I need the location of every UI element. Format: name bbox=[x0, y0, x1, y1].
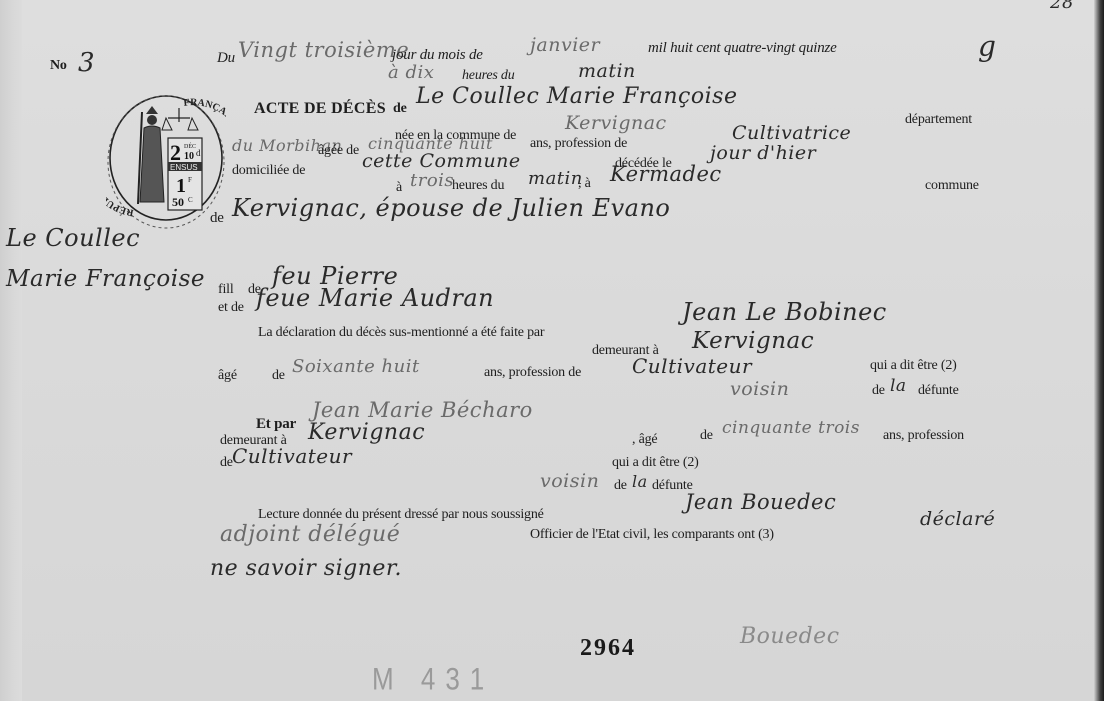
margin-name-given: Marie Françoise bbox=[6, 266, 205, 292]
reading-text: Lecture donnée du présent dressé par nou… bbox=[258, 507, 544, 523]
domicile: cette Commune bbox=[362, 150, 521, 172]
age-suffix: ans, profession de bbox=[530, 136, 627, 152]
document-title: ACTE DE DÉCÈS bbox=[254, 100, 386, 118]
page-binding-edge bbox=[1094, 0, 1104, 701]
header-time-of-day: matin bbox=[578, 60, 636, 82]
declarant1-relation-de: de bbox=[872, 383, 885, 399]
death-place-prefix: , à bbox=[578, 176, 591, 192]
declarant2-profession-de: de bbox=[220, 455, 233, 471]
birth-commune: Kervignac bbox=[565, 112, 667, 134]
daughter-of-label: fill bbox=[218, 282, 234, 298]
declarant2-relation-de: de bbox=[614, 478, 627, 494]
header-prefix: Du bbox=[217, 50, 235, 67]
document-page: 28 g No 3 Du Vingt troisième jour du moi… bbox=[0, 0, 1104, 701]
declarant2-age: cinquante trois bbox=[722, 418, 860, 438]
declarant2-age-de: de bbox=[700, 428, 713, 444]
declarant2-residence: Kervignac bbox=[308, 420, 425, 445]
officer-label: Officier de l'Etat civil, les comparants… bbox=[530, 527, 774, 543]
age-label: âgée de bbox=[318, 143, 359, 159]
header-day: Vingt troisième bbox=[238, 38, 409, 62]
declarant2-profession: Cultivateur bbox=[232, 444, 352, 468]
declarant1-relation-label: qui a dit être (2) bbox=[870, 358, 957, 374]
margin-name-surname: Le Coullec bbox=[6, 224, 140, 252]
death-day: jour d'hier bbox=[710, 142, 816, 164]
declarant1-age: Soixante huit bbox=[292, 356, 420, 377]
signature-note: ne savoir signer. bbox=[210, 556, 402, 581]
commune-label: commune bbox=[925, 178, 979, 194]
declaration-intro: La déclaration du décès sus-mentionné a … bbox=[258, 325, 544, 341]
officer-name: Jean Bouedec bbox=[685, 490, 836, 514]
header-year: mil huit cent quatre-vingt quinze bbox=[648, 40, 837, 57]
declarant1-age-label: âgé bbox=[218, 368, 237, 384]
commune-spouse: Kervignac, épouse de Julien Evano bbox=[232, 194, 670, 222]
header-month: janvier bbox=[530, 34, 600, 56]
svg-text:d: d bbox=[196, 148, 201, 158]
footer-signature: Bouedec bbox=[740, 624, 840, 649]
declarant2-relation-label: qui a dit être (2) bbox=[612, 455, 699, 471]
deceased-name: Le Coullec Marie Françoise bbox=[416, 84, 737, 109]
svg-text:ENSUS: ENSUS bbox=[170, 163, 198, 172]
title-de: de bbox=[393, 101, 407, 117]
declarant2-name: Jean Marie Bécharo bbox=[312, 398, 533, 422]
margin-mark: g bbox=[978, 30, 996, 63]
declarant2-relation: voisin bbox=[540, 470, 599, 492]
declared-hand: déclaré bbox=[920, 508, 995, 530]
domicile-label: domiciliée de bbox=[232, 163, 305, 179]
declarant1-relation-post: défunte bbox=[918, 383, 959, 399]
death-hour: trois bbox=[410, 170, 454, 191]
svg-text:DÉC: DÉC bbox=[184, 142, 196, 150]
declarant1-residence: Kervignac bbox=[692, 328, 814, 354]
svg-text:F: F bbox=[188, 176, 192, 184]
departement-label: département bbox=[905, 112, 972, 128]
declarant2-age-label: , âgé bbox=[632, 432, 657, 448]
archive-stamp: M 431 bbox=[372, 661, 494, 698]
header-hour-label: heures du bbox=[462, 68, 515, 84]
svg-text:10: 10 bbox=[184, 151, 194, 162]
svg-text:1: 1 bbox=[176, 175, 186, 197]
declarant1-relation: voisin bbox=[730, 378, 789, 400]
declarant1-age-suffix: ans, profession de bbox=[484, 365, 581, 381]
page-corner-mark: 28 bbox=[1050, 0, 1074, 13]
mother-label: et de bbox=[218, 300, 244, 316]
declarant2-intro: Et par bbox=[256, 416, 296, 433]
tax-stamp-seal-icon: RÉPUBLIQUE FRANÇAISE 2 DÉC 10 d ENSUS 1 … bbox=[106, 92, 226, 230]
record-number: 3 bbox=[78, 48, 95, 78]
header-hour: à dix bbox=[388, 62, 434, 83]
declarant1-age-de: de bbox=[272, 368, 285, 384]
commune-line-prefix: de bbox=[210, 210, 224, 227]
declarant1-name: Jean Le Bobinec bbox=[682, 298, 887, 326]
declarant2-age-suffix: ans, profession bbox=[883, 428, 964, 444]
death-time-of-day: matin bbox=[528, 168, 583, 189]
mother-name: feue Marie Audran bbox=[256, 284, 494, 312]
record-number-label: No bbox=[50, 58, 67, 74]
declarant2-relation-la: la bbox=[632, 472, 648, 491]
death-hours-label: heures du bbox=[452, 178, 504, 194]
svg-text:C: C bbox=[188, 196, 193, 204]
death-place: Kermadec bbox=[610, 162, 722, 186]
svg-text:50: 50 bbox=[172, 195, 184, 209]
svg-text:RÉPUBLIQUE: RÉPUBLIQUE bbox=[106, 166, 135, 218]
folio-number: 2964 bbox=[580, 635, 636, 662]
svg-text:2: 2 bbox=[170, 140, 181, 165]
declarant1-relation-la: la bbox=[890, 376, 907, 396]
declarant1-profession: Cultivateur bbox=[632, 354, 752, 378]
page-left-edge bbox=[0, 0, 22, 701]
officer-title: adjoint délégué bbox=[220, 522, 400, 547]
deceased-profession: Cultivatrice bbox=[732, 122, 851, 144]
